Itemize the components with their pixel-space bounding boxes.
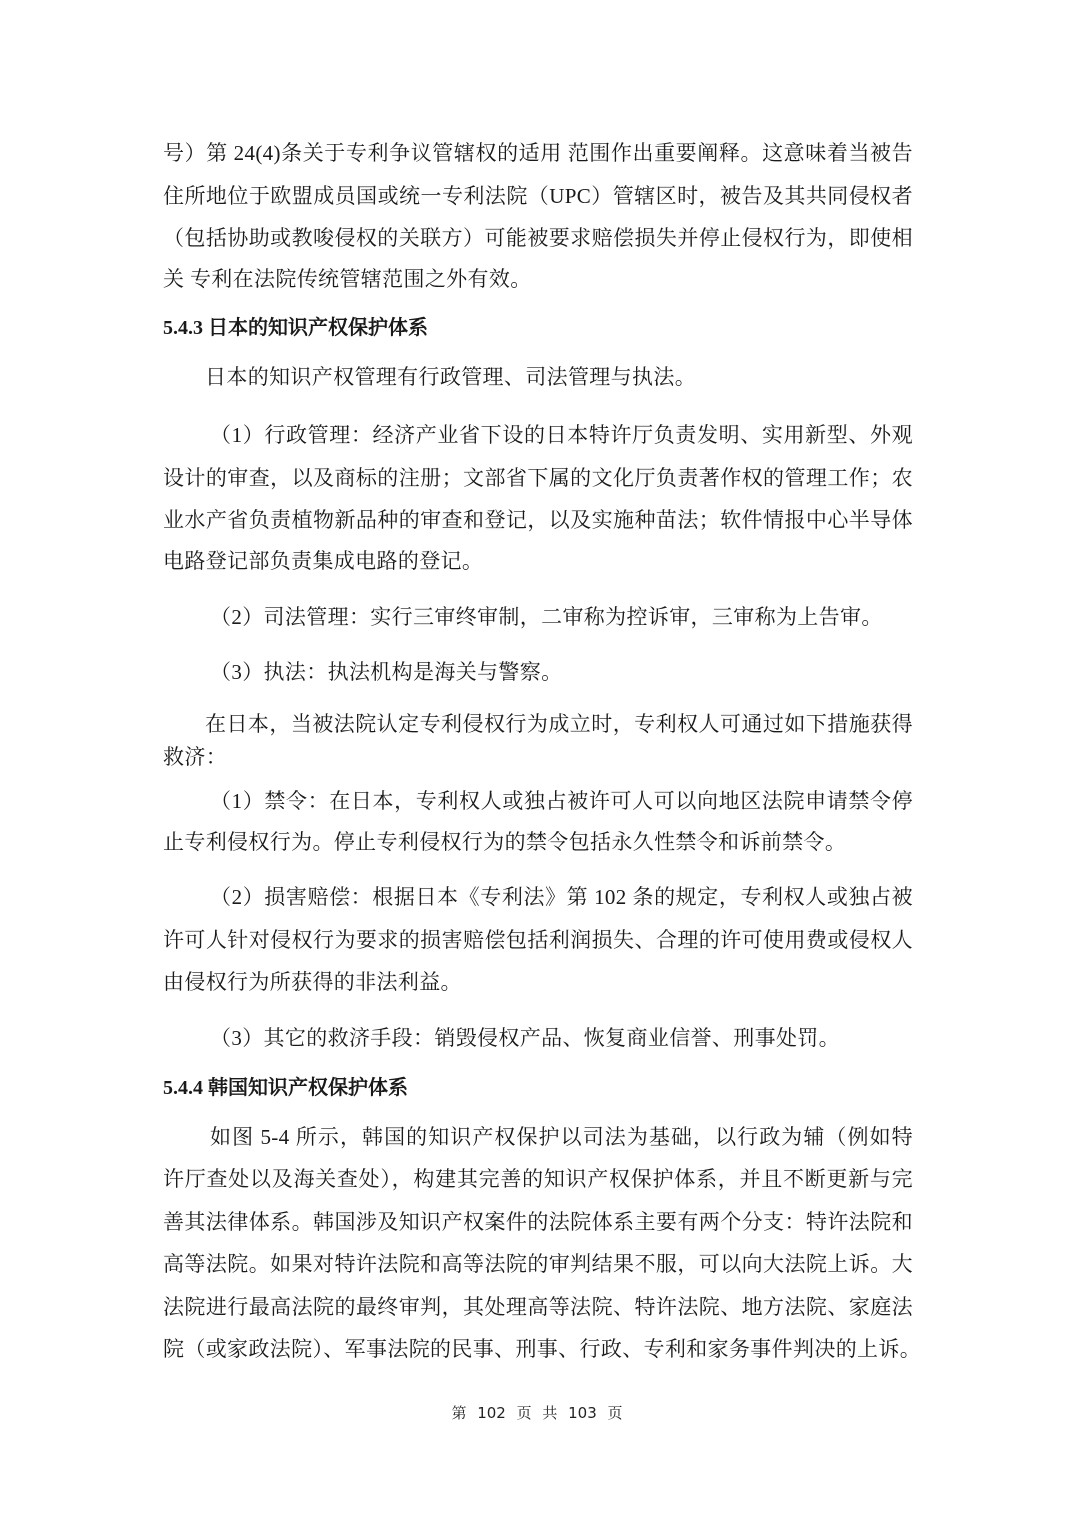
body-line: （3）执法：执法机构是海关与警察。 xyxy=(210,659,913,685)
page-number-footer: 第 102 页 共 103 页 xyxy=(0,1402,1074,1423)
body-line: 救济： xyxy=(163,744,913,770)
body-line: 法院进行最高法院的最终审判，其处理高等法院、特许法院、地方法院、家庭法 xyxy=(163,1294,913,1320)
body-line: 关 专利在法院传统管辖范围之外有效。 xyxy=(163,266,913,292)
body-line: 号）第 24(4)条关于专利争议管辖权的适用 范围作出重要阐释。这意味着当被告 xyxy=(163,140,913,166)
body-line: 院（或家政法院）、军事法院的民事、刑事、行政、专利和家务事件判决的上诉。 xyxy=(163,1336,913,1362)
body-line: 由侵权行为所获得的非法利益。 xyxy=(163,969,913,995)
body-line: 日本的知识产权管理有行政管理、司法管理与执法。 xyxy=(205,364,913,390)
body-line: 许可人针对侵权行为要求的损害赔偿包括利润损失、合理的许可使用费或侵权人 xyxy=(163,927,913,953)
body-line: （2）司法管理：实行三审终审制，二审称为控诉审，三审称为上告审。 xyxy=(210,604,913,630)
body-line: 许厅查处以及海关查处），构建其完善的知识产权保护体系，并且不断更新与完 xyxy=(163,1166,913,1192)
body-line: 在日本，当被法院认定专利侵权行为成立时，专利权人可通过如下措施获得 xyxy=(205,711,913,737)
body-line: 住所地位于欧盟成员国或统一专利法院（UPC）管辖区时，被告及其共同侵权者 xyxy=(163,183,913,209)
body-line: （1）行政管理：经济产业省下设的日本特许厅负责发明、实用新型、外观 xyxy=(210,422,913,448)
body-line: 如图 5-4 所示，韩国的知识产权保护以司法为基础，以行政为辅（例如特 xyxy=(210,1124,913,1150)
body-line: 高等法院。如果对特许法院和高等法院的审判结果不服，可以向大法院上诉。大 xyxy=(163,1251,913,1277)
body-line: （3）其它的救济手段：销毁侵权产品、恢复商业信誉、刑事处罚。 xyxy=(210,1025,913,1051)
body-line: 电路登记部负责集成电路的登记。 xyxy=(163,548,913,574)
body-line: （1）禁令：在日本，专利权人或独占被许可人可以向地区法院申请禁令停 xyxy=(210,788,913,814)
body-line: 善其法律体系。韩国涉及知识产权案件的法院体系主要有两个分支：特许法院和 xyxy=(163,1209,913,1235)
section-heading-5-4-4: 5.4.4 韩国知识产权保护体系 xyxy=(163,1075,913,1101)
body-line: 止专利侵权行为。停止专利侵权行为的禁令包括永久性禁令和诉前禁令。 xyxy=(163,829,913,855)
body-line: 业水产省负责植物新品种的审查和登记，以及实施种苗法；软件情报中心半导体 xyxy=(163,507,913,533)
body-line: （2）损害赔偿：根据日本《专利法》第 102 条的规定，专利权人或独占被 xyxy=(210,884,913,910)
body-line: 设计的审查，以及商标的注册；文部省下属的文化厅负责著作权的管理工作；农 xyxy=(163,465,913,491)
body-line: （包括协助或教唆侵权的关联方）可能被要求赔偿损失并停止侵权行为，即使相 xyxy=(163,225,913,251)
section-heading-5-4-3: 5.4.3 日本的知识产权保护体系 xyxy=(163,315,913,341)
document-page: 号）第 24(4)条关于专利争议管辖权的适用 范围作出重要阐释。这意味着当被告 … xyxy=(0,0,1074,1520)
